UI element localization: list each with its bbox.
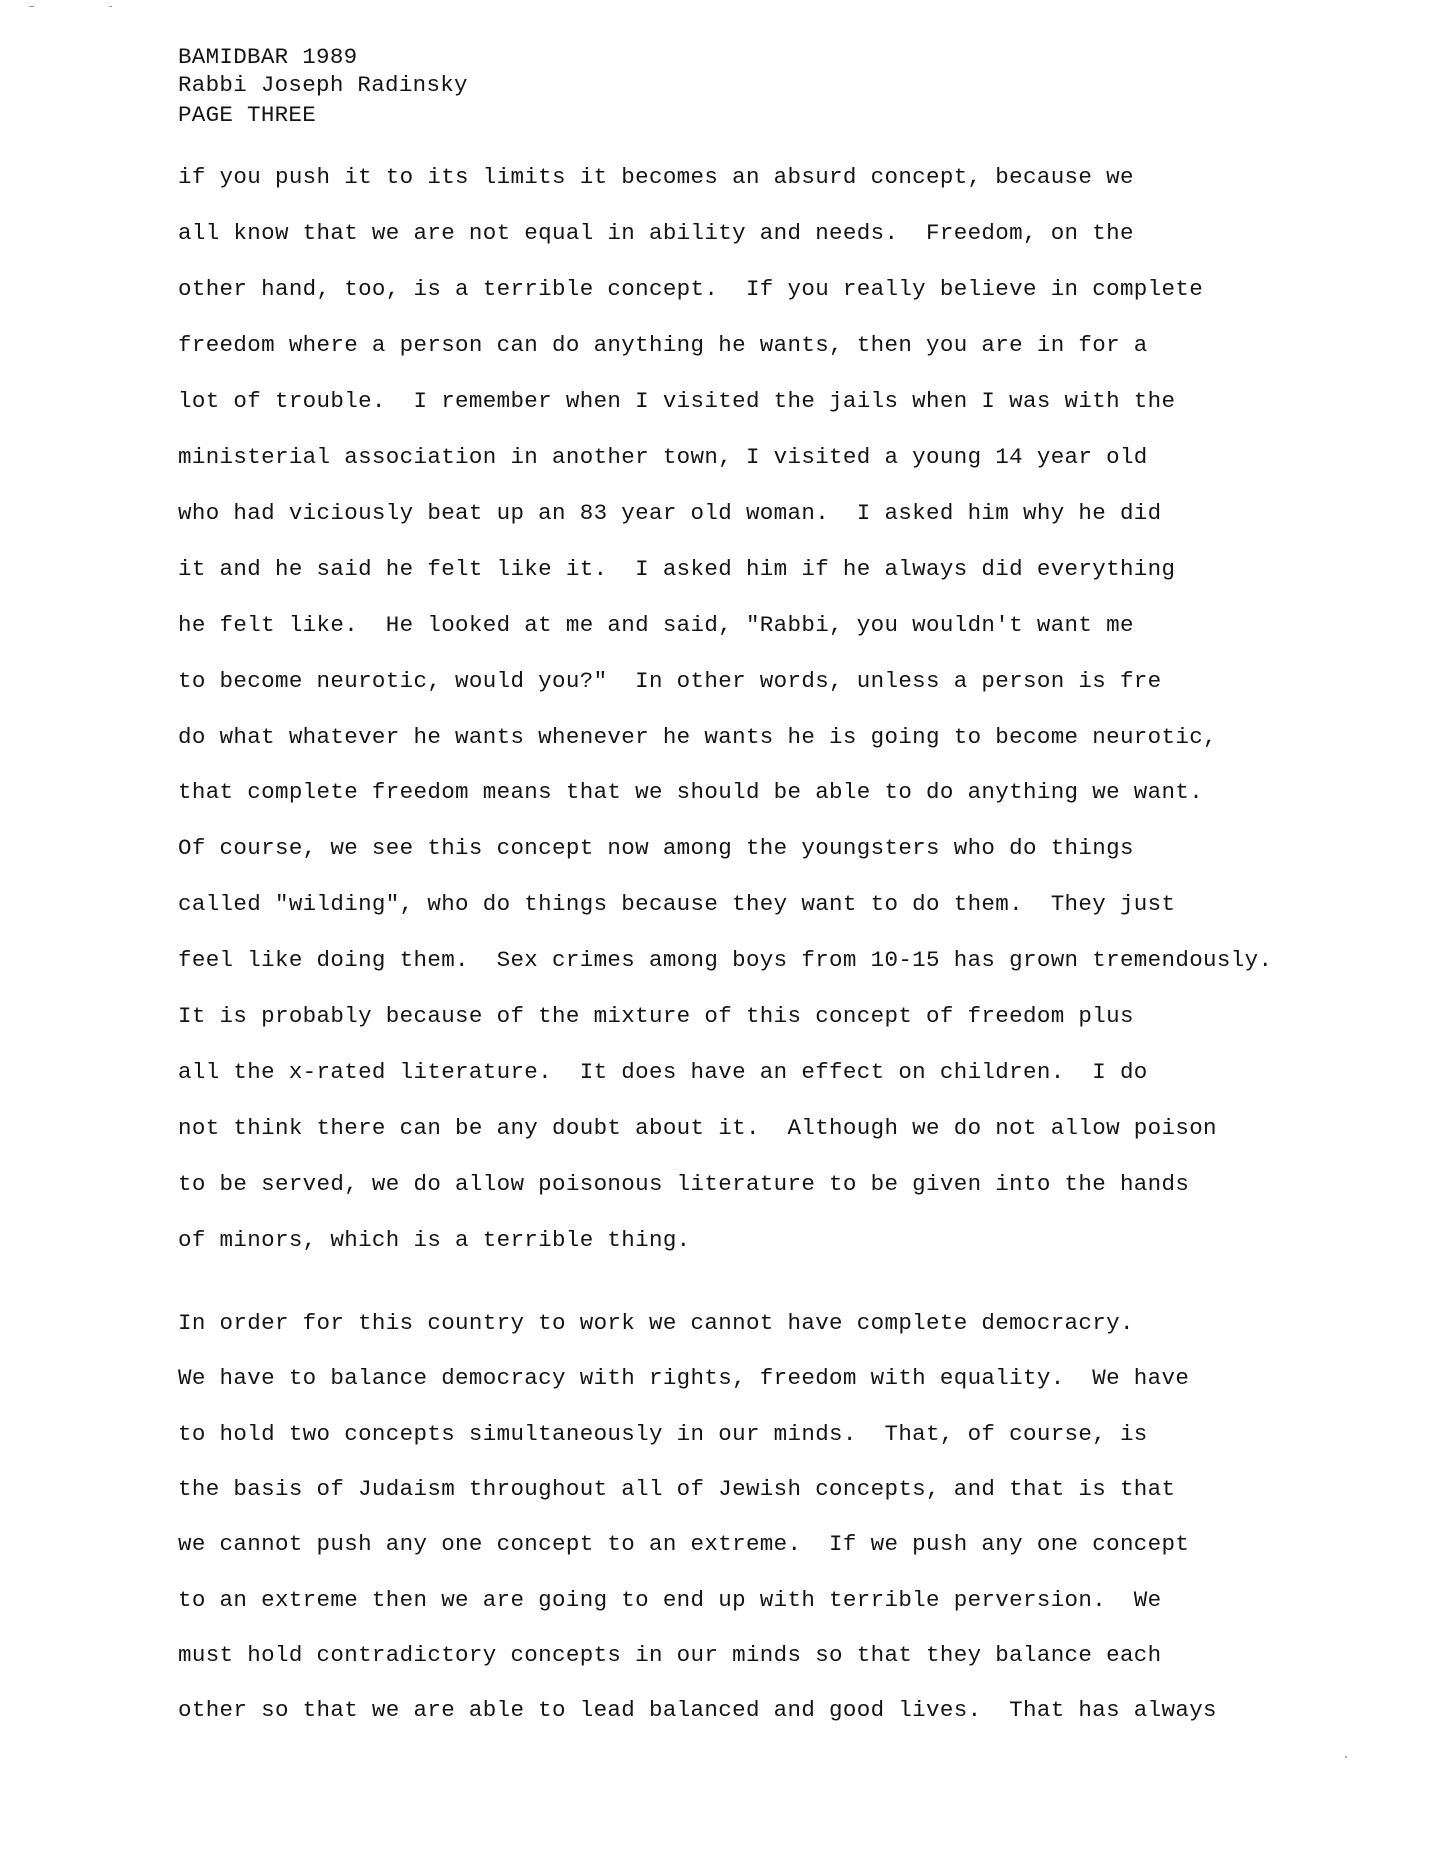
text-line: that complete freedom means that we shou…: [178, 779, 1203, 805]
text-line: feel like doing them. Sex crimes among b…: [178, 947, 1272, 973]
text-line: of minors, which is a terrible thing.: [178, 1227, 691, 1253]
text-line: we cannot push any one concept to an ext…: [178, 1531, 1189, 1557]
text-line: must hold contradictory concepts in our …: [178, 1642, 1162, 1668]
text-line: In order for this country to work we can…: [178, 1310, 1134, 1336]
text-line: called "wilding", who do things because …: [178, 891, 1175, 917]
scan-artifact: [109, 6, 112, 7]
text-line: if you push it to its limits it becomes …: [178, 164, 1134, 190]
scan-artifact: [29, 6, 34, 7]
text-line: other so that we are able to lead balanc…: [178, 1697, 1217, 1723]
text-line: to be served, we do allow poisonous lite…: [178, 1171, 1189, 1197]
page-label: PAGE THREE: [178, 102, 316, 128]
text-line: lot of trouble. I remember when I visite…: [178, 388, 1175, 414]
text-line: he felt like. He looked at me and said, …: [178, 612, 1134, 638]
text-line: not think there can be any doubt about i…: [178, 1115, 1217, 1141]
text-line: other hand, too, is a terrible concept. …: [178, 276, 1203, 302]
text-line: We have to balance democracy with rights…: [178, 1365, 1189, 1391]
text-line: it and he said he felt like it. I asked …: [178, 556, 1175, 582]
text-line: to become neurotic, would you?" In other…: [178, 668, 1162, 694]
text-line: the basis of Judaism throughout all of J…: [178, 1476, 1175, 1502]
text-line: It is probably because of the mixture of…: [178, 1003, 1134, 1029]
text-line: Of course, we see this concept now among…: [178, 835, 1134, 861]
text-line: freedom where a person can do anything h…: [178, 332, 1148, 358]
document-author: Rabbi Joseph Radinsky: [178, 72, 468, 98]
text-line: ministerial association in another town,…: [178, 444, 1148, 470]
document-title: BAMIDBAR 1989: [178, 44, 357, 70]
text-line: all the x-rated literature. It does have…: [178, 1059, 1148, 1085]
text-line: do what whatever he wants whenever he wa…: [178, 724, 1217, 750]
text-line: to an extreme then we are going to end u…: [178, 1587, 1162, 1613]
text-line: all know that we are not equal in abilit…: [178, 220, 1134, 246]
document-page: BAMIDBAR 1989 Rabbi Joseph Radinsky PAGE…: [0, 0, 1430, 1851]
text-line: who had viciously beat up an 83 year old…: [178, 500, 1162, 526]
scan-artifact: [1345, 1756, 1347, 1758]
text-line: to hold two concepts simultaneously in o…: [178, 1421, 1148, 1447]
